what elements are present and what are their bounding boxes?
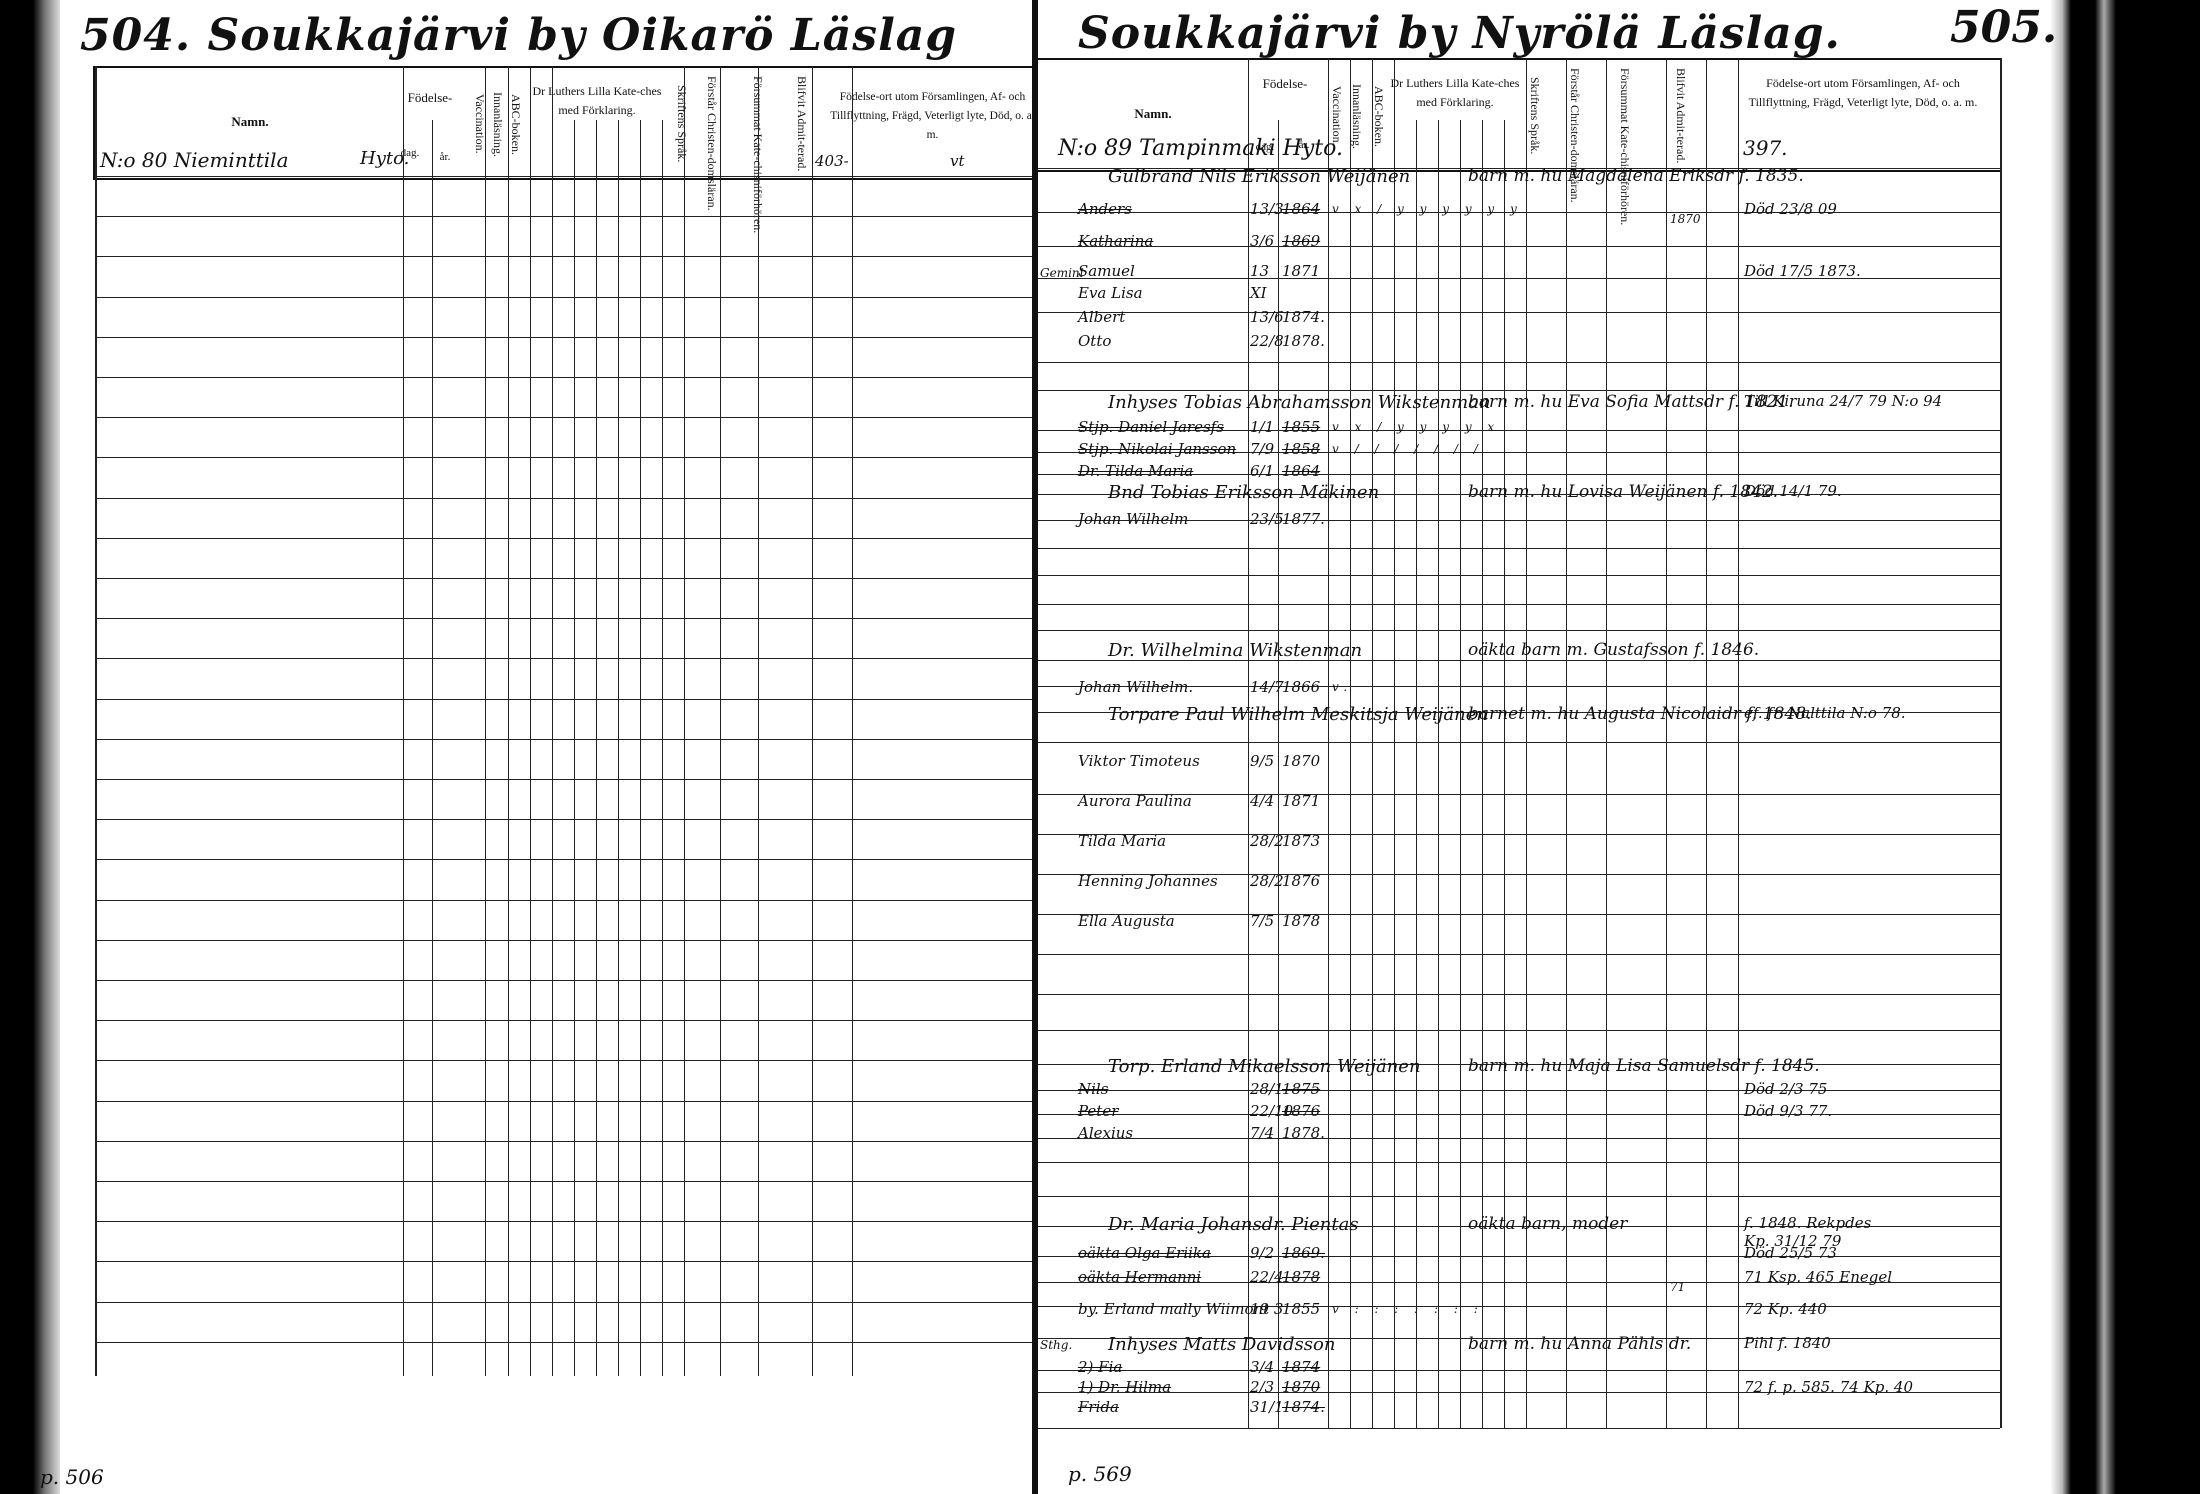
entry-birth-year: 1871: [1282, 262, 1320, 280]
row-rule: [95, 1020, 1032, 1021]
entry-name: Otto: [1078, 332, 1111, 350]
entry-name: Frida: [1078, 1398, 1119, 1416]
entry-name: Stjp. Daniel Jaresfs: [1078, 418, 1224, 436]
entry-birth-day: 13/6: [1250, 308, 1284, 326]
header-abc-boken: ABC-boken.: [1372, 68, 1385, 164]
entry-birth-year: 1871: [1282, 792, 1320, 810]
entry-birth-year: 1869: [1282, 232, 1320, 250]
entry-name: Gulbrand Nils Eriksson Weijänen: [1108, 166, 1410, 187]
row-rule: [95, 1181, 1032, 1182]
row-rule: [95, 819, 1032, 820]
row-rule: [95, 900, 1032, 901]
header-skriftens-sprak: Skriftens Språk.: [675, 76, 688, 172]
entry-name: oäkta Hermanni: [1078, 1268, 1201, 1286]
entry-birth-day: 31/1: [1250, 1398, 1284, 1416]
row-rule: [1038, 362, 2000, 363]
left-page-title: 504. Soukkajärvi by Oikarö Läslag: [80, 10, 957, 61]
row-rule: [1038, 954, 2000, 955]
column-divider: [552, 66, 553, 1376]
entry-name: Eva Lisa: [1078, 284, 1143, 302]
row-rule: [1038, 742, 2000, 743]
entry-birth-day: 6/1: [1250, 462, 1274, 480]
entry-name: Inhyses Tobias Abrahamsson Wikstenman: [1108, 392, 1491, 413]
entry-birth-day: XI: [1250, 284, 1267, 302]
column-divider: [1394, 58, 1395, 1428]
entry-note: Död 2/3 75: [1744, 1080, 1827, 1098]
left-page: 504. Soukkajärvi by Oikarö Läslag Namn. …: [60, 0, 1032, 1494]
row-rule: [95, 1221, 1032, 1222]
column-divider: [485, 66, 486, 1376]
row-rule: [95, 1261, 1032, 1262]
entry-marks: v : : : : : : :: [1332, 1302, 1484, 1316]
entry-birth-year: 1864: [1282, 200, 1320, 218]
entry-name: Torpare Paul Wilhelm Meskitsja Weijänen: [1108, 704, 1488, 725]
entry-note: f. 1848. Rekpdes: [1744, 1214, 1871, 1232]
column-divider: [574, 120, 575, 1376]
entry-marks: v x / y y y y x: [1332, 420, 1500, 434]
entry-birth-year: 1873: [1282, 832, 1320, 850]
column-divider: [1438, 120, 1439, 1428]
column-divider: [640, 120, 641, 1376]
header-fodelse: Födelse-: [395, 88, 465, 107]
entry-birth-year: 1874.: [1282, 1398, 1325, 1416]
left-page-number: 504.: [80, 10, 191, 61]
column-divider: [618, 120, 619, 1376]
entry-birth-day: 3/4: [1250, 1358, 1274, 1376]
entry-prefix: Gemini: [1040, 266, 1083, 280]
entry-birth-year: 1855: [1282, 1300, 1320, 1318]
entry-birth-year: 1870: [1282, 1378, 1320, 1396]
entry-spread-text: barn m. hu Anna Pähls dr.: [1468, 1334, 1691, 1354]
column-divider: [662, 120, 663, 1376]
entry-birth-day: 3/6: [1250, 232, 1274, 250]
row-rule: [95, 176, 1032, 177]
header-namn: Namn.: [175, 112, 325, 131]
row-rule: [1038, 1114, 2000, 1115]
header-skriftens-sprak: Skriftens Språk.: [1528, 68, 1541, 164]
entry-birth-day: 19 3: [1250, 1300, 1283, 1318]
entry-admitted: 71: [1670, 1280, 1685, 1294]
row-rule: [95, 1141, 1032, 1142]
entry-note: Död 9/3 77.: [1744, 1102, 1832, 1120]
entry-birth-day: 23/5: [1250, 510, 1284, 528]
entry-birth-day: 9/2: [1250, 1244, 1274, 1262]
row-rule: [1038, 834, 2000, 835]
entry-birth-year: 1864: [1282, 462, 1320, 480]
header-notes-col: Födelse-ort utom Församlingen, Af- och T…: [830, 88, 1035, 145]
entry-spread-text: oäkta barn m. Gustafsson f. 1846.: [1468, 640, 1759, 660]
row-rule: [95, 417, 1032, 418]
column-divider: [596, 120, 597, 1376]
entry-birth-year: 1878: [1282, 912, 1320, 930]
column-divider: [684, 66, 685, 1376]
row-rule: [95, 337, 1032, 338]
entry-birth-year: 1866: [1282, 678, 1320, 696]
row-rule: [1038, 246, 2000, 247]
header-forsummat: Försummat Kate-chisniförhören.: [1618, 68, 1631, 164]
entry-birth-year: 1874.: [1282, 308, 1325, 326]
entry-spread-text: barn m. hu Magdalena Eriksdr f. 1835.: [1468, 166, 1804, 186]
book-edge-right: [2050, 0, 2200, 1494]
column-divider: [720, 66, 721, 1376]
row-rule: [1038, 630, 2000, 631]
entry-note: 71 Ksp. 465 Enegel: [1744, 1268, 1892, 1286]
entry-note: Död 14/1 79.: [1744, 482, 1842, 500]
row-rule: [95, 377, 1032, 378]
left-footer-reference: p. 506: [40, 1465, 104, 1489]
entry-name: Samuel: [1078, 262, 1135, 280]
header-admitterad: Blifvit Admit-terad.: [1674, 68, 1687, 164]
row-rule: [1038, 604, 2000, 605]
entry-name: Anders: [1078, 200, 1132, 218]
entry-name: Ella Augusta: [1078, 912, 1175, 930]
header-admitterad: Blifvit Admit-terad.: [795, 76, 808, 172]
column-divider: [2000, 58, 2002, 1428]
entry-birth-year: 1874: [1282, 1358, 1320, 1376]
column-divider: [1372, 58, 1373, 1428]
entry-name: Dr. Tilda Maria: [1078, 462, 1193, 480]
column-divider: [432, 120, 433, 1376]
column-divider: [1416, 120, 1417, 1428]
right-footer-reference: p. 569: [1068, 1462, 1132, 1486]
entry-admitted: 1870: [1670, 212, 1701, 226]
entry-name: 2) Fia: [1078, 1358, 1122, 1376]
entry-name: Dr. Wilhelmina Wikstenman: [1108, 640, 1362, 661]
entry-birth-year: 1858: [1282, 440, 1320, 458]
entry-birth-day: 9/5: [1250, 752, 1274, 770]
row-rule: [95, 980, 1032, 981]
row-rule: [1038, 1090, 2000, 1091]
book-edge-left: [0, 0, 60, 1494]
entry-name: Viktor Timoteus: [1078, 752, 1200, 770]
entry-birth-day: 4/4: [1250, 792, 1274, 810]
entry-birth-day: 22/8: [1250, 332, 1284, 350]
row-rule: [1038, 312, 2000, 313]
row-rule: [1038, 914, 2000, 915]
column-divider: [1460, 120, 1461, 1428]
header-fodelse: Födelse-: [1250, 74, 1320, 93]
entry-name: Stjp. Nikolai Jansson: [1078, 440, 1236, 458]
entry-birth-year: 1878.: [1282, 1124, 1325, 1142]
column-divider: [1738, 58, 1739, 1428]
row-rule: [95, 1060, 1032, 1061]
row-rule: [95, 578, 1032, 579]
entry-name: Alexius: [1078, 1124, 1133, 1142]
right-page-number: 505.: [1950, 2, 2057, 53]
column-divider: [1666, 58, 1667, 1428]
entry-note: 72 Kp. 440: [1744, 1300, 1827, 1318]
column-divider: [530, 66, 531, 1376]
row-rule: [95, 1342, 1032, 1343]
row-rule: [95, 1302, 1032, 1303]
row-rule: [95, 256, 1032, 257]
row-rule: [1038, 390, 2000, 391]
row-rule: [1038, 1370, 2000, 1371]
entry-name: Albert: [1078, 308, 1125, 326]
entry-birth-year: 1876: [1282, 872, 1320, 890]
header-luther: Dr Luthers Lilla Kate-ches med Förklarin…: [1390, 74, 1520, 112]
left-entry-place: Hyto.: [360, 148, 409, 169]
column-divider: [1706, 58, 1707, 1428]
column-divider: [758, 66, 759, 1376]
entry-note: 72 f. p. 585. 74 Kp. 40: [1744, 1378, 1913, 1396]
entry-name: Tilda Maria: [1078, 832, 1166, 850]
entry-birth-year: 1876: [1282, 1102, 1320, 1120]
header-abc-boken: ABC-boken.: [509, 76, 522, 172]
entry-name: 1) Dr. Hilma: [1078, 1378, 1171, 1396]
entry-prefix: Sthg.: [1040, 1338, 1072, 1352]
header-ar: år.: [425, 148, 465, 167]
entry-birth-day: 2/3: [1250, 1378, 1274, 1396]
entry-birth-year: 1870: [1282, 752, 1320, 770]
entry-name: Katharina: [1078, 232, 1153, 250]
entry-birth-day: 13: [1250, 262, 1269, 280]
entry-birth-year: 1875: [1282, 1080, 1320, 1098]
header-forstar: Förstår Christen-domsläran.: [705, 76, 718, 172]
entry-marks: v x / y y y y y y: [1332, 202, 1523, 216]
header-forstar: Förstår Christen-domsläran.: [1568, 68, 1581, 164]
row-rule: [95, 739, 1032, 740]
row-rule: [95, 498, 1032, 499]
row-rule: [1038, 1030, 2000, 1031]
entry-marks: v / / / / / / /: [1332, 442, 1484, 456]
header-innanlasning: Innanläsning.: [1350, 68, 1363, 164]
column-divider: [403, 66, 404, 1376]
household-header-name: N:o 89 Tampinmaki Hyto.: [1058, 136, 1343, 161]
left-entry-name: N:o 80 Nieminttila: [100, 148, 289, 172]
header-innanlasning: Innanläsning.: [491, 76, 504, 172]
entry-birth-day: 28/2: [1250, 872, 1284, 890]
entry-name: Inhyses Matts Davidsson: [1108, 1334, 1335, 1355]
row-rule: [95, 297, 1032, 298]
entry-birth-day: 1/1: [1250, 418, 1274, 436]
entry-birth-day: 22/4: [1250, 1268, 1284, 1286]
row-rule: [95, 457, 1032, 458]
row-rule: [95, 658, 1032, 659]
entry-birth-day: 7/4: [1250, 1124, 1274, 1142]
entry-birth-year: 1869.: [1282, 1244, 1325, 1262]
column-divider: [508, 66, 509, 1376]
entry-birth-day: 28/1: [1250, 1080, 1284, 1098]
entry-note: Död 25/5 73: [1744, 1244, 1837, 1262]
entry-birth-day: 14/7: [1250, 678, 1284, 696]
row-rule: [1038, 994, 2000, 995]
entry-note: Till Kiruna 24/7 79 N:o 94: [1744, 392, 1942, 410]
header-namn: Namn.: [1088, 104, 1218, 123]
entry-name: Bnd Tobias Eriksson Mäkinen: [1108, 482, 1379, 503]
entry-name: oäkta Olga Eriika: [1078, 1244, 1211, 1262]
entry-name: Nils: [1078, 1080, 1108, 1098]
entry-name: Peter: [1078, 1102, 1118, 1120]
entry-birth-day: 7/5: [1250, 912, 1274, 930]
left-entry-mark: vt: [950, 152, 965, 170]
entry-birth-day: 13/3: [1250, 200, 1284, 218]
household-header-note: 397.: [1743, 136, 1788, 160]
row-rule: [95, 859, 1032, 860]
entry-spread-text: oäkta barn, moder: [1468, 1214, 1627, 1234]
row-rule: [95, 779, 1032, 780]
row-rule: [95, 1101, 1032, 1102]
entry-spread-text: barn m. hu Lovisa Weijänen f. 1842.: [1468, 482, 1778, 502]
row-rule: [95, 538, 1032, 539]
row-rule: [1038, 1162, 2000, 1163]
entry-marks: v.: [1332, 680, 1353, 694]
entry-birth-year: 1855: [1282, 418, 1320, 436]
column-divider: [852, 66, 853, 1376]
header-notes-col: Födelse-ort utom Församlingen, Af- och T…: [1738, 74, 1988, 112]
entry-name: Henning Johannes: [1078, 872, 1218, 890]
entry-note: Död 17/5 1873.: [1744, 262, 1861, 280]
row-rule: [1038, 1428, 2000, 1429]
entry-birth-year: 1877.: [1282, 510, 1325, 528]
entry-note: Död 23/8 09: [1744, 200, 1837, 218]
row-rule: [95, 216, 1032, 217]
entry-birth-day: 28/2: [1250, 832, 1284, 850]
row-rule: [1038, 1196, 2000, 1197]
entry-name: Johan Wilhelm.: [1078, 678, 1193, 696]
column-divider: [95, 66, 97, 1376]
entry-name: Johan Wilhelm: [1078, 510, 1188, 528]
row-rule: [95, 940, 1032, 941]
entry-note: ef. fr. Nalttila N:o 78.: [1744, 704, 1906, 722]
left-entry-note: 403-: [815, 152, 849, 170]
entry-name: Dr. Maria Johansdr. Pientas: [1108, 1214, 1359, 1235]
row-rule: [1038, 575, 2000, 576]
entry-birth-year: 1878: [1282, 1268, 1320, 1286]
entry-spread-text: barn m. hu Maja Lisa Samuelsdr f. 1845.: [1468, 1056, 1820, 1076]
row-rule: [1038, 1138, 2000, 1139]
entry-birth-year: 1878.: [1282, 332, 1325, 350]
right-page: Soukkajärvi by Nyrölä Läslag. 505. Namn.…: [1038, 0, 2050, 1494]
entry-note: Pihl f. 1840: [1744, 1334, 1831, 1352]
header-luther: Dr Luthers Lilla Kate-ches med Förklarin…: [527, 82, 667, 120]
row-rule: [95, 618, 1032, 619]
entry-birth-day: 7/9: [1250, 440, 1274, 458]
column-divider: [812, 66, 813, 1376]
entry-name: Torp. Erland Mikaelsson Weijänen: [1108, 1056, 1421, 1077]
row-rule: [95, 699, 1032, 700]
entry-name: by. Erland mally Wiimont: [1078, 1300, 1269, 1318]
row-rule: [1038, 548, 2000, 549]
right-page-title: Soukkajärvi by Nyrölä Läslag.: [1078, 8, 1841, 59]
entry-name: Aurora Paulina: [1078, 792, 1192, 810]
